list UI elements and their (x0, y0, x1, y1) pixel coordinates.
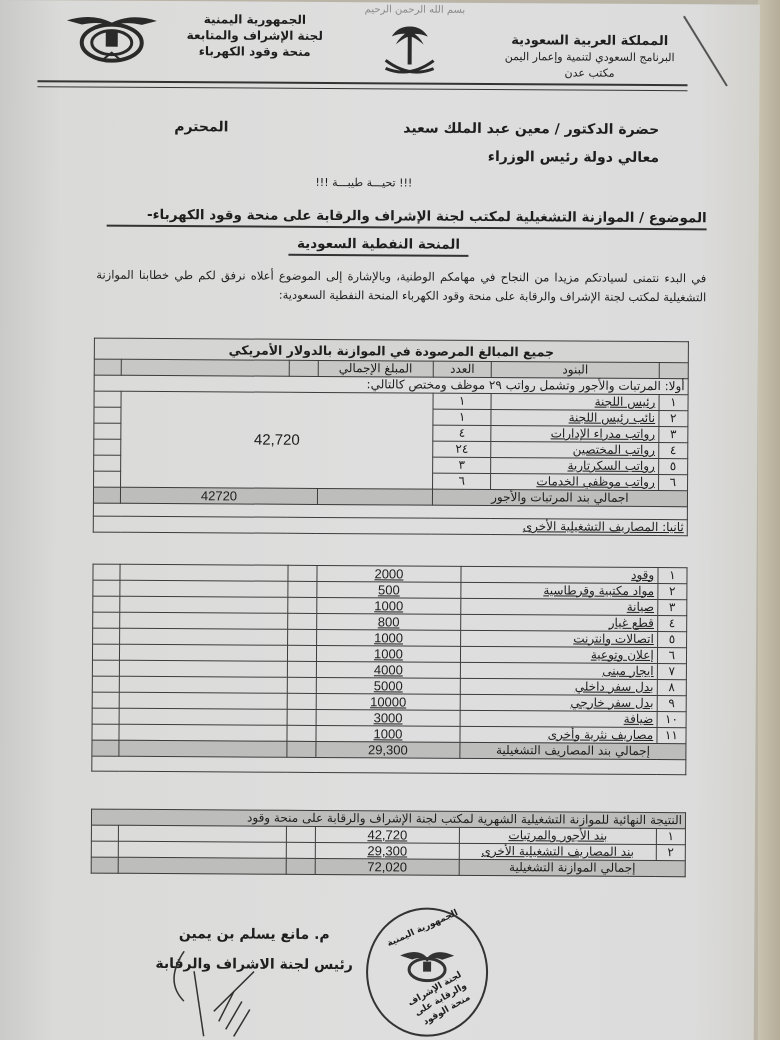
row-number: ٨ (657, 679, 686, 695)
yemen-emblem-icon (62, 8, 162, 65)
row-amount: 500 (317, 581, 461, 598)
header-left-line3: منحة وقود الكهرباء (180, 43, 330, 60)
summary-total-row: إجمالي الموازنة التشغيلية 72,020 (91, 857, 685, 877)
row-amount: 29,300 (315, 842, 459, 859)
row-item: اتصالات وانترنت (461, 630, 658, 647)
row-item: نائب رئيس اللجنة (491, 410, 658, 427)
row-item: قطع غيار (461, 614, 658, 631)
row-amount: 1000 (316, 725, 460, 742)
row-count: ١ (433, 393, 492, 409)
row-count: ٦ (432, 473, 491, 489)
section2-heading: ثانيا: المصاريف التشغيلية الأخرى (93, 516, 687, 536)
row-number: ١ (659, 395, 688, 411)
row-number: ٥ (658, 459, 687, 475)
row-amount: 2000 (317, 565, 461, 582)
handwritten-signature (164, 951, 265, 1040)
salaries-total-label: اجمالي بند المرتبات والأجور (432, 489, 687, 507)
row-number: ٢ (659, 411, 688, 427)
saudi-header-block: المملكة العربية السعودية البرنامج السعود… (470, 33, 710, 82)
row-amount: 1000 (316, 645, 460, 662)
col-header-items: البنود (492, 362, 659, 379)
row-count: ٣ (432, 457, 491, 473)
row-item: مصاريف نثرية وأخرى (460, 726, 657, 743)
row-number: ١١ (657, 727, 686, 743)
row-item: صيانة (461, 598, 658, 615)
summary-total-label: إجمالي الموازنة التشغيلية (459, 859, 685, 876)
salaries-merged-amount: 42,720 (121, 391, 433, 489)
row-item: رواتب السكرتارية (491, 458, 658, 475)
header-right-line3: مكتب عدن (470, 65, 710, 82)
addressee: حضرة الدكتور / معين عبد الملك سعيد (403, 120, 659, 138)
stamp-top-text: الجمهورية اليمنية (386, 908, 460, 949)
header-right-line2: البرنامج السعودي لتنمية وإعمار اليمن (470, 49, 710, 66)
header-left-line2: لجنة الإشراف والمتابعة (180, 27, 330, 44)
row-item: رئيس اللجنة (491, 394, 658, 411)
row-amount: 1000 (316, 629, 460, 646)
row-amount: 1000 (317, 597, 461, 614)
operating-expenses-table: ١وقود2000٢مواد مكتبية وقرطاسية500٣صيانة1… (91, 564, 687, 775)
row-number: ٤ (657, 615, 686, 631)
row-item: مواد مكتبية وقرطاسية (461, 582, 658, 599)
row-count: ٤ (433, 425, 492, 441)
row-item: ضيافة (460, 710, 657, 727)
row-item: ايجار مبنى (460, 662, 657, 679)
row-item: وقود (461, 566, 658, 583)
letter-body: في البدء نتمنى لسيادتكم مزيدا من النجاح … (96, 266, 706, 308)
expenses-total-label: إجمالي بند المصاريف التشغيلية (460, 742, 686, 759)
row-item: بند المصاريف التشغيلية الأخرى (459, 843, 656, 860)
addressee-title: معالي دولة رئيس الوزراء (488, 149, 659, 166)
budget-table: جميع المبالغ المرصودة في الموازنة بالدول… (93, 338, 689, 537)
row-amount: 5000 (316, 677, 460, 694)
basmala: بسم الله الرحمن الرحيم (345, 4, 485, 16)
row-number: ٦ (658, 475, 687, 491)
row-number: ١ (656, 829, 685, 845)
row-item: رواتب مدراء الإدارات (491, 426, 658, 443)
signatory-name: م. مانع يسلم بن يمين (154, 919, 354, 950)
row-number: ٣ (657, 599, 686, 615)
background-edge (758, 0, 780, 1040)
salaries-total-value: 42720 (121, 487, 318, 504)
row-number: ٤ (658, 443, 687, 459)
row-number: ٥ (657, 631, 686, 647)
header-right-line1: المملكة العربية السعودية (470, 33, 710, 50)
row-item: بدل سفر داخلي (460, 678, 657, 695)
subject-line-2: المنحة النفطية السعودية (288, 236, 468, 257)
row-number: ٣ (659, 427, 688, 443)
row-item: رواتب موظفي الخدمات (491, 474, 658, 491)
row-number: ٢ (656, 845, 685, 861)
row-number: ٧ (657, 663, 686, 679)
row-count: ٢٤ (433, 441, 492, 457)
document-page: الجمهورية اليمنية لجنة الإشراف والمتابعة… (0, 0, 760, 1040)
yemen-header-block: الجمهورية اليمنية لجنة الإشراف والمتابعة… (180, 11, 330, 60)
row-amount: 10000 (316, 693, 460, 710)
row-count: ١ (433, 409, 492, 425)
row-amount: 3000 (316, 709, 460, 726)
header-left-line1: الجمهورية اليمنية (180, 11, 330, 28)
row-number: ٦ (657, 647, 686, 663)
summary-total-value: 72,020 (315, 858, 459, 875)
row-amount: 800 (316, 613, 460, 630)
summary-table: النتيجة النهائية للموازنة التشغيلية الشه… (91, 809, 686, 878)
row-number: ١ (658, 567, 687, 583)
saudi-palm-swords-icon (380, 20, 440, 82)
expenses-total-value: 29,300 (316, 741, 460, 758)
subject-line: الموضوع / الموازنة التشغيلية لمكتب لجنة … (107, 207, 707, 231)
header-divider-thin (37, 86, 687, 91)
col-header-count: العدد (433, 361, 492, 377)
respect-word: المحترم (174, 119, 228, 135)
row-amount: 4000 (316, 661, 460, 678)
row-amount: 42,720 (315, 826, 459, 843)
greeting: !!! تحيـــة طيبـــة !!! (299, 176, 429, 190)
row-item: إعلان وتوعية (461, 646, 658, 663)
row-item: بند الأجور والمرتبات (459, 827, 656, 844)
row-item: بدل سفر خارجي (460, 694, 657, 711)
row-number: ٩ (657, 695, 686, 711)
row-item: رواتب المختصين (491, 442, 658, 459)
col-header-total: المبلغ الإجمالي (318, 360, 433, 377)
table-row: ١ رئيس اللجنة ١ 42,720 (94, 391, 688, 411)
row-number: ٢ (658, 583, 687, 599)
official-stamp: الجمهورية اليمنية لجنة الإشراف والرقابة … (366, 907, 489, 1037)
row-number: ١٠ (657, 711, 686, 727)
